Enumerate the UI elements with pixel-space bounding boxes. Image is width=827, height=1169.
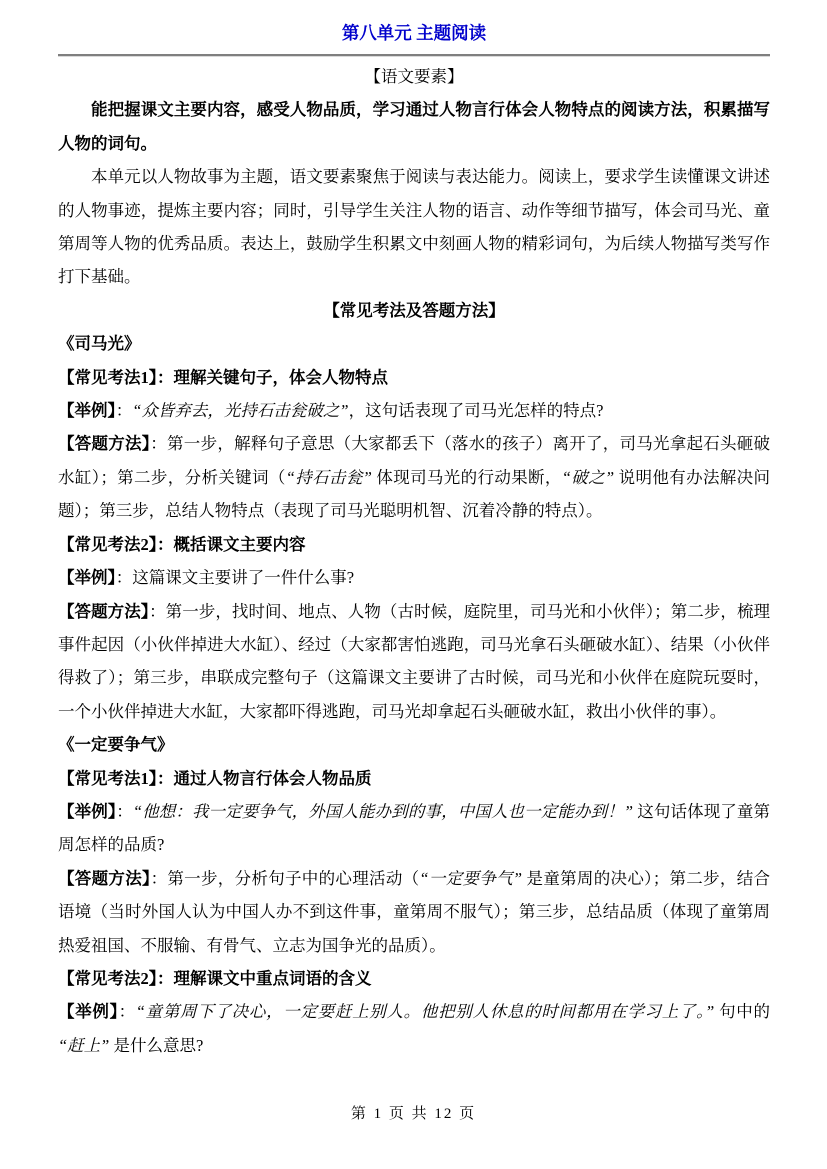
page-content: 第八单元 主题阅读 【语文要素】 能把握课文主要内容，感受人物品质，学习通过人物… <box>0 0 827 1062</box>
text-run: 是什么意思? <box>109 1036 203 1055</box>
unit-title: 第八单元 主题阅读 <box>58 20 770 46</box>
text-run: ：第一步，找时间、地点、人物（古时候，庭院里，司马光和小伙伴）；第二步，梳理事件… <box>58 602 770 721</box>
lesson-title-yidingyaozhengqi: 《一定要争气》 <box>58 728 770 761</box>
text-run: 【常见考法2】：概括课文主要内容 <box>58 535 306 554</box>
smg-kaofa1-example: 【举例】：“众皆弃去，光持石击瓮破之”，这句话表现了司马光怎样的特点? <box>58 394 770 427</box>
text-run: 本单元以人物故事为主题，语文要素聚焦于阅读与表达能力。阅读上，要求学生读懂课文讲… <box>58 167 770 286</box>
page-footer: 第 1 页 共 12 页 <box>0 1103 827 1125</box>
text-run: ：这篇课文主要讲了一件什么事? <box>116 568 354 587</box>
ydz-kaofa1-heading: 【常见考法1】：通过人物言行体会人物品质 <box>58 762 770 795</box>
ydz-kaofa1-method: 【答题方法】：第一步，分析句子中的心理活动（“一定要争气” 是童第周的决心）；第… <box>58 862 770 962</box>
text-run: 体现司马光的行动果断， <box>372 468 562 487</box>
text-run: 《司马光》 <box>58 334 141 353</box>
smg-kaofa2-method: 【答题方法】：第一步，找时间、地点、人物（古时候，庭院里，司马光和小伙伴）；第二… <box>58 595 770 729</box>
text-run: 【常见考法2】：理解课文中重点词语的含义 <box>58 969 372 988</box>
heading-kaofa-section: 【常见考法及答题方法】 <box>58 294 770 327</box>
lesson-title-simaguang: 《司马光》 <box>58 327 770 360</box>
text-run: ： <box>116 401 133 420</box>
text-run: 【语文要素】 <box>365 67 464 86</box>
text-run: 【常见考法1】：理解关键句子，体会人物特点 <box>58 368 388 387</box>
text-run: “他想：我一定要争气，外国人能办到的事，中国人也一定能办到！” <box>133 802 633 821</box>
text-run: 【答题方法】 <box>58 434 150 453</box>
smg-kaofa1-method: 【答题方法】：第一步，解释句子意思（大家都丢下（落水的孩子）离开了，司马光拿起石… <box>58 427 770 527</box>
document-page: 第八单元 主题阅读 【语文要素】 能把握课文主要内容，感受人物品质，学习通过人物… <box>0 0 827 1169</box>
text-run: “持石击瓮” <box>286 468 372 487</box>
text-run: “赶上” <box>58 1036 109 1055</box>
ydz-kaofa1-example: 【举例】：“他想：我一定要争气，外国人能办到的事，中国人也一定能办到！” 这句话… <box>58 795 770 862</box>
text-run: 能把握课文主要内容，感受人物品质，学习通过人物言行体会人物特点的阅读方法，积累描… <box>58 100 770 152</box>
paragraph-unit-intro: 本单元以人物故事为主题，语文要素聚焦于阅读与表达能力。阅读上，要求学生读懂课文讲… <box>58 160 770 294</box>
text-run: 句中的 <box>714 1002 770 1021</box>
text-run: ： <box>116 802 133 821</box>
text-run: “众皆弃去，光持石击瓮破之” <box>132 401 348 420</box>
text-run: “童第周下了决心，一定要赶上别人。他把别人休息的时间都用在学习上了。” <box>136 1002 715 1021</box>
text-run: 【举例】 <box>58 802 116 821</box>
smg-kaofa2-heading: 【常见考法2】：概括课文主要内容 <box>58 528 770 561</box>
text-run: 【举例】 <box>58 1002 119 1021</box>
text-run: 【举例】 <box>58 568 116 587</box>
ydz-kaofa2-example: 【举例】：“童第周下了决心，一定要赶上别人。他把别人休息的时间都用在学习上了。”… <box>58 995 770 1062</box>
text-run: ：第一步，分析句子中的心理活动（ <box>151 869 420 888</box>
smg-kaofa1-heading: 【常见考法1】：理解关键句子，体会人物特点 <box>58 361 770 394</box>
text-run: ，这句话表现了司马光怎样的特点? <box>349 401 604 420</box>
paragraph-yaosu: 能把握课文主要内容，感受人物品质，学习通过人物言行体会人物特点的阅读方法，积累描… <box>58 93 770 160</box>
ydz-kaofa2-heading: 【常见考法2】：理解课文中重点词语的含义 <box>58 962 770 995</box>
text-run: 【常见考法及答题方法】 <box>323 301 505 320</box>
text-run: 【举例】 <box>58 401 116 420</box>
text-run: 《一定要争气》 <box>58 735 174 754</box>
text-run: 【答题方法】 <box>58 602 149 621</box>
label-yuwen-yaosu: 【语文要素】 <box>58 60 770 93</box>
text-run: 【答题方法】 <box>58 869 151 888</box>
title-divider <box>58 54 770 57</box>
smg-kaofa2-example: 【举例】：这篇课文主要讲了一件什么事? <box>58 561 770 594</box>
text-run: “一定要争气” <box>419 869 522 888</box>
text-run: 【常见考法1】：通过人物言行体会人物品质 <box>58 769 372 788</box>
text-run: “破之” <box>562 468 614 487</box>
text-run: ： <box>119 1002 136 1021</box>
